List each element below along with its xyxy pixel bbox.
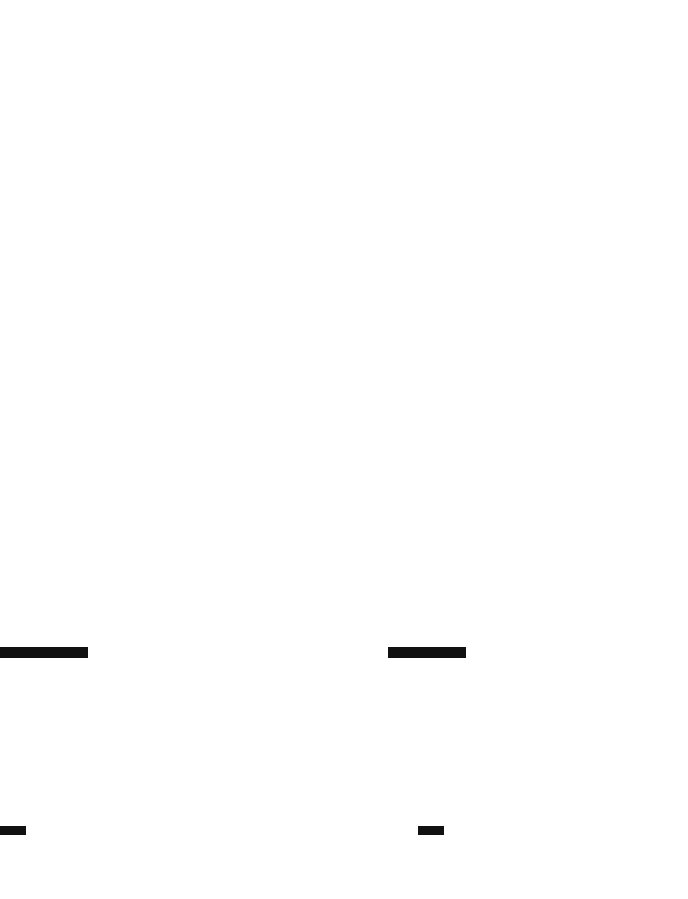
redacted-bar [44,647,88,658]
redacted-bar [428,647,466,658]
three-head-line [0,642,88,662]
redacted-bar [388,647,428,658]
fax-kill-line [0,340,6,360]
redacted-bar [0,647,44,658]
internal-kill-head-line [0,820,26,841]
